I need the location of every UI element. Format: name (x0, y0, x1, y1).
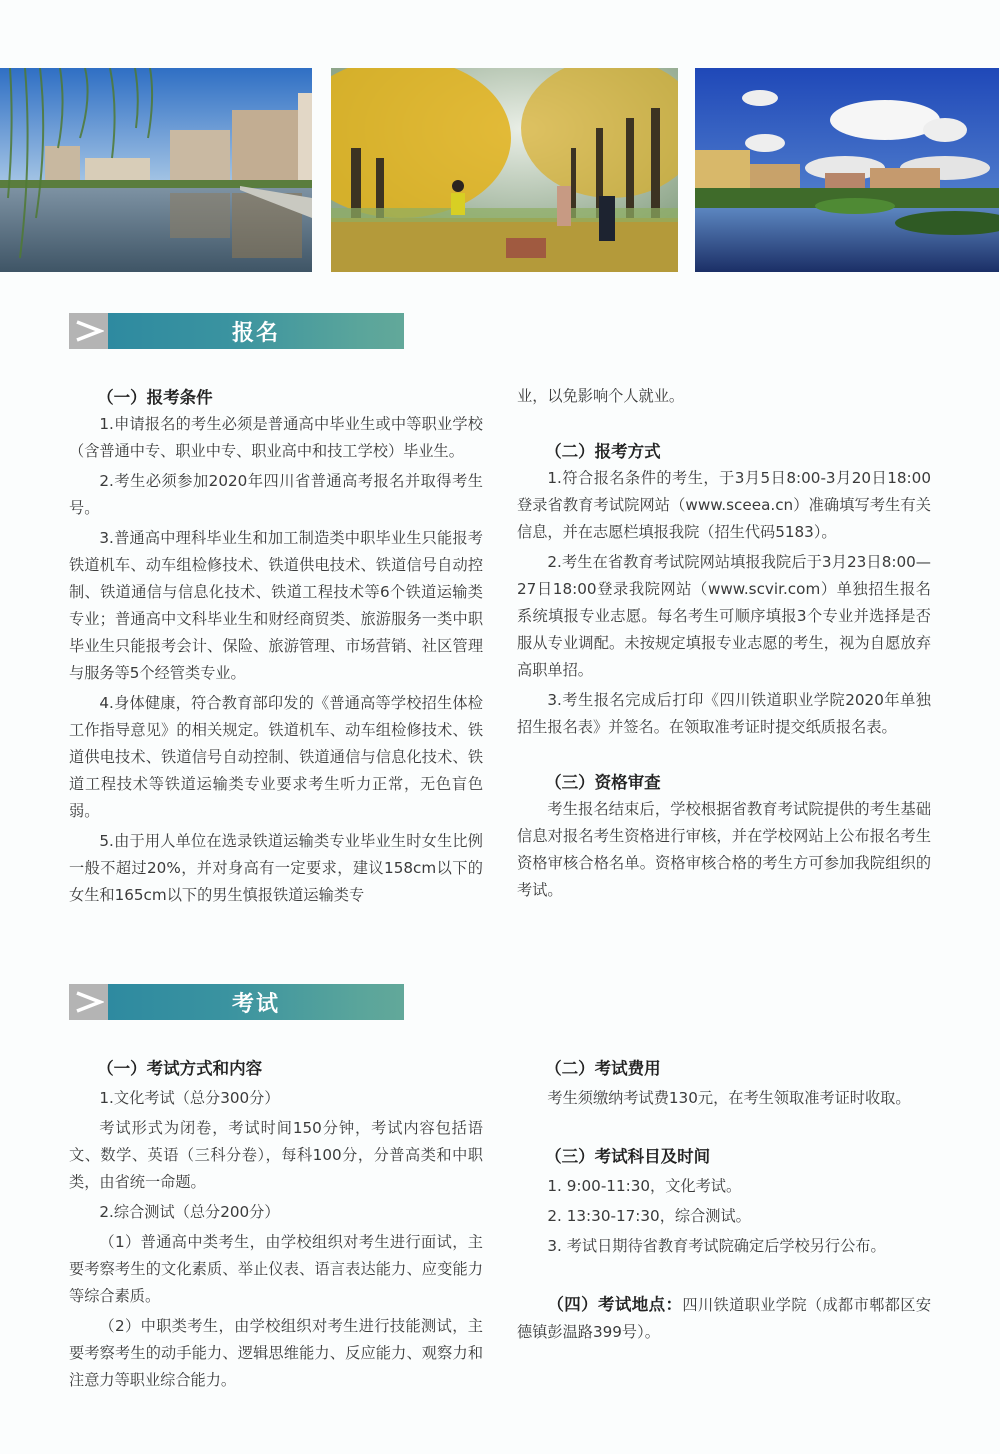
culture-exam-title: 1.文化考试（总分300分） (69, 1085, 483, 1112)
condition-item-5-continued: 业，以免影响个人就业。 (517, 383, 931, 410)
registration-method-section: 业，以免影响个人就业。 （二）报考方式 1.符合报名条件的考生，于3月5日8:0… (517, 383, 931, 904)
exam-location-label: （四）考试地点： (547, 1295, 682, 1314)
method-item-1: 1.符合报名条件的考生，于3月5日8:00-3月20日18:00登录省教育考试院… (517, 465, 931, 546)
review-heading: （三）资格审查 (517, 769, 931, 796)
ginkgo-avenue-students-photo (331, 68, 678, 272)
condition-item-3: 3.普通高中理科毕业生和加工制造类中职毕业生只能报考铁道机车、动车组检修技术、铁… (69, 525, 483, 687)
comprehensive-test-title: 2.综合测试（总分200分） (69, 1199, 483, 1226)
exam-section-title: 考试 (108, 984, 404, 1020)
exam-section-banner: 考试 (69, 984, 404, 1020)
exam-fee-heading: （二）考试费用 (517, 1055, 931, 1082)
schedule-item-1: 1. 9:00-11:30，文化考试。 (517, 1173, 931, 1200)
schedule-item-2: 2. 13:30-17:30，综合测试。 (517, 1203, 931, 1230)
registration-section-banner: 报名 (69, 313, 404, 349)
chevron-right-icon (69, 984, 108, 1020)
comprehensive-item-2: （2）中职类考生，由学校组织对考生进行技能测试，主要考察考生的动手能力、逻辑思维… (69, 1313, 483, 1394)
exam-fee-text: 考生须缴纳考试费130元，在考生领取准考证时收取。 (517, 1085, 931, 1112)
chevron-right-icon (69, 313, 108, 349)
review-text: 考生报名结束后，学校根据省教育考试院提供的考生基础信息对报名考生资格进行审核，并… (517, 796, 931, 904)
method-heading: （二）报考方式 (517, 438, 931, 465)
exam-format-section: （一）考试方式和内容 1.文化考试（总分300分） 考试形式为闭卷，考试时间15… (69, 1055, 483, 1394)
exam-details-section: （二）考试费用 考生须缴纳考试费130元，在考生领取准考证时收取。 （三）考试科… (517, 1055, 931, 1346)
registration-section-title: 报名 (108, 313, 404, 349)
exam-location: （四）考试地点：四川铁道职业学院（成都市郫都区安德镇彭温路399号）。 (517, 1291, 931, 1346)
method-item-2: 2.考生在省教育考试院网站填报我院后于3月23日8:00—27日18:00登录我… (517, 549, 931, 684)
exam-schedule-heading: （三）考试科目及时间 (517, 1143, 931, 1170)
exam-format-heading: （一）考试方式和内容 (69, 1055, 483, 1082)
registration-conditions-section: （一）报考条件 1.申请报名的考生必须是普通高中毕业生或中等职业学校（含普通中专… (69, 384, 483, 909)
schedule-item-3: 3. 考试日期待省教育考试院确定后学校另行公布。 (517, 1233, 931, 1260)
condition-item-4: 4.身体健康，符合教育部印发的《普通高等学校招生体检工作指导意见》的相关规定。铁… (69, 690, 483, 825)
method-item-3: 3.考生报名完成后打印《四川铁道职业学院2020年单独招生报名表》并签名。在领取… (517, 687, 931, 741)
campus-lake-willow-photo (0, 68, 312, 272)
conditions-heading: （一）报考条件 (69, 384, 483, 411)
condition-item-5: 5.由于用人单位在选录铁道运输类专业毕业生时女生比例一般不超过20%，并对身高有… (69, 828, 483, 909)
culture-exam-text: 考试形式为闭卷，考试时间150分钟，考试内容包括语文、数学、英语（三科分卷），每… (69, 1115, 483, 1196)
condition-item-2: 2.考生必须参加2020年四川省普通高考报名并取得考生号。 (69, 468, 483, 522)
campus-lake-blue-sky-photo (695, 68, 999, 272)
condition-item-1: 1.申请报名的考生必须是普通高中毕业生或中等职业学校（含普通中专、职业中专、职业… (69, 411, 483, 465)
comprehensive-item-1: （1）普通高中类考生，由学校组织对考生进行面试，主要考察考生的文化素质、举止仪表… (69, 1229, 483, 1310)
